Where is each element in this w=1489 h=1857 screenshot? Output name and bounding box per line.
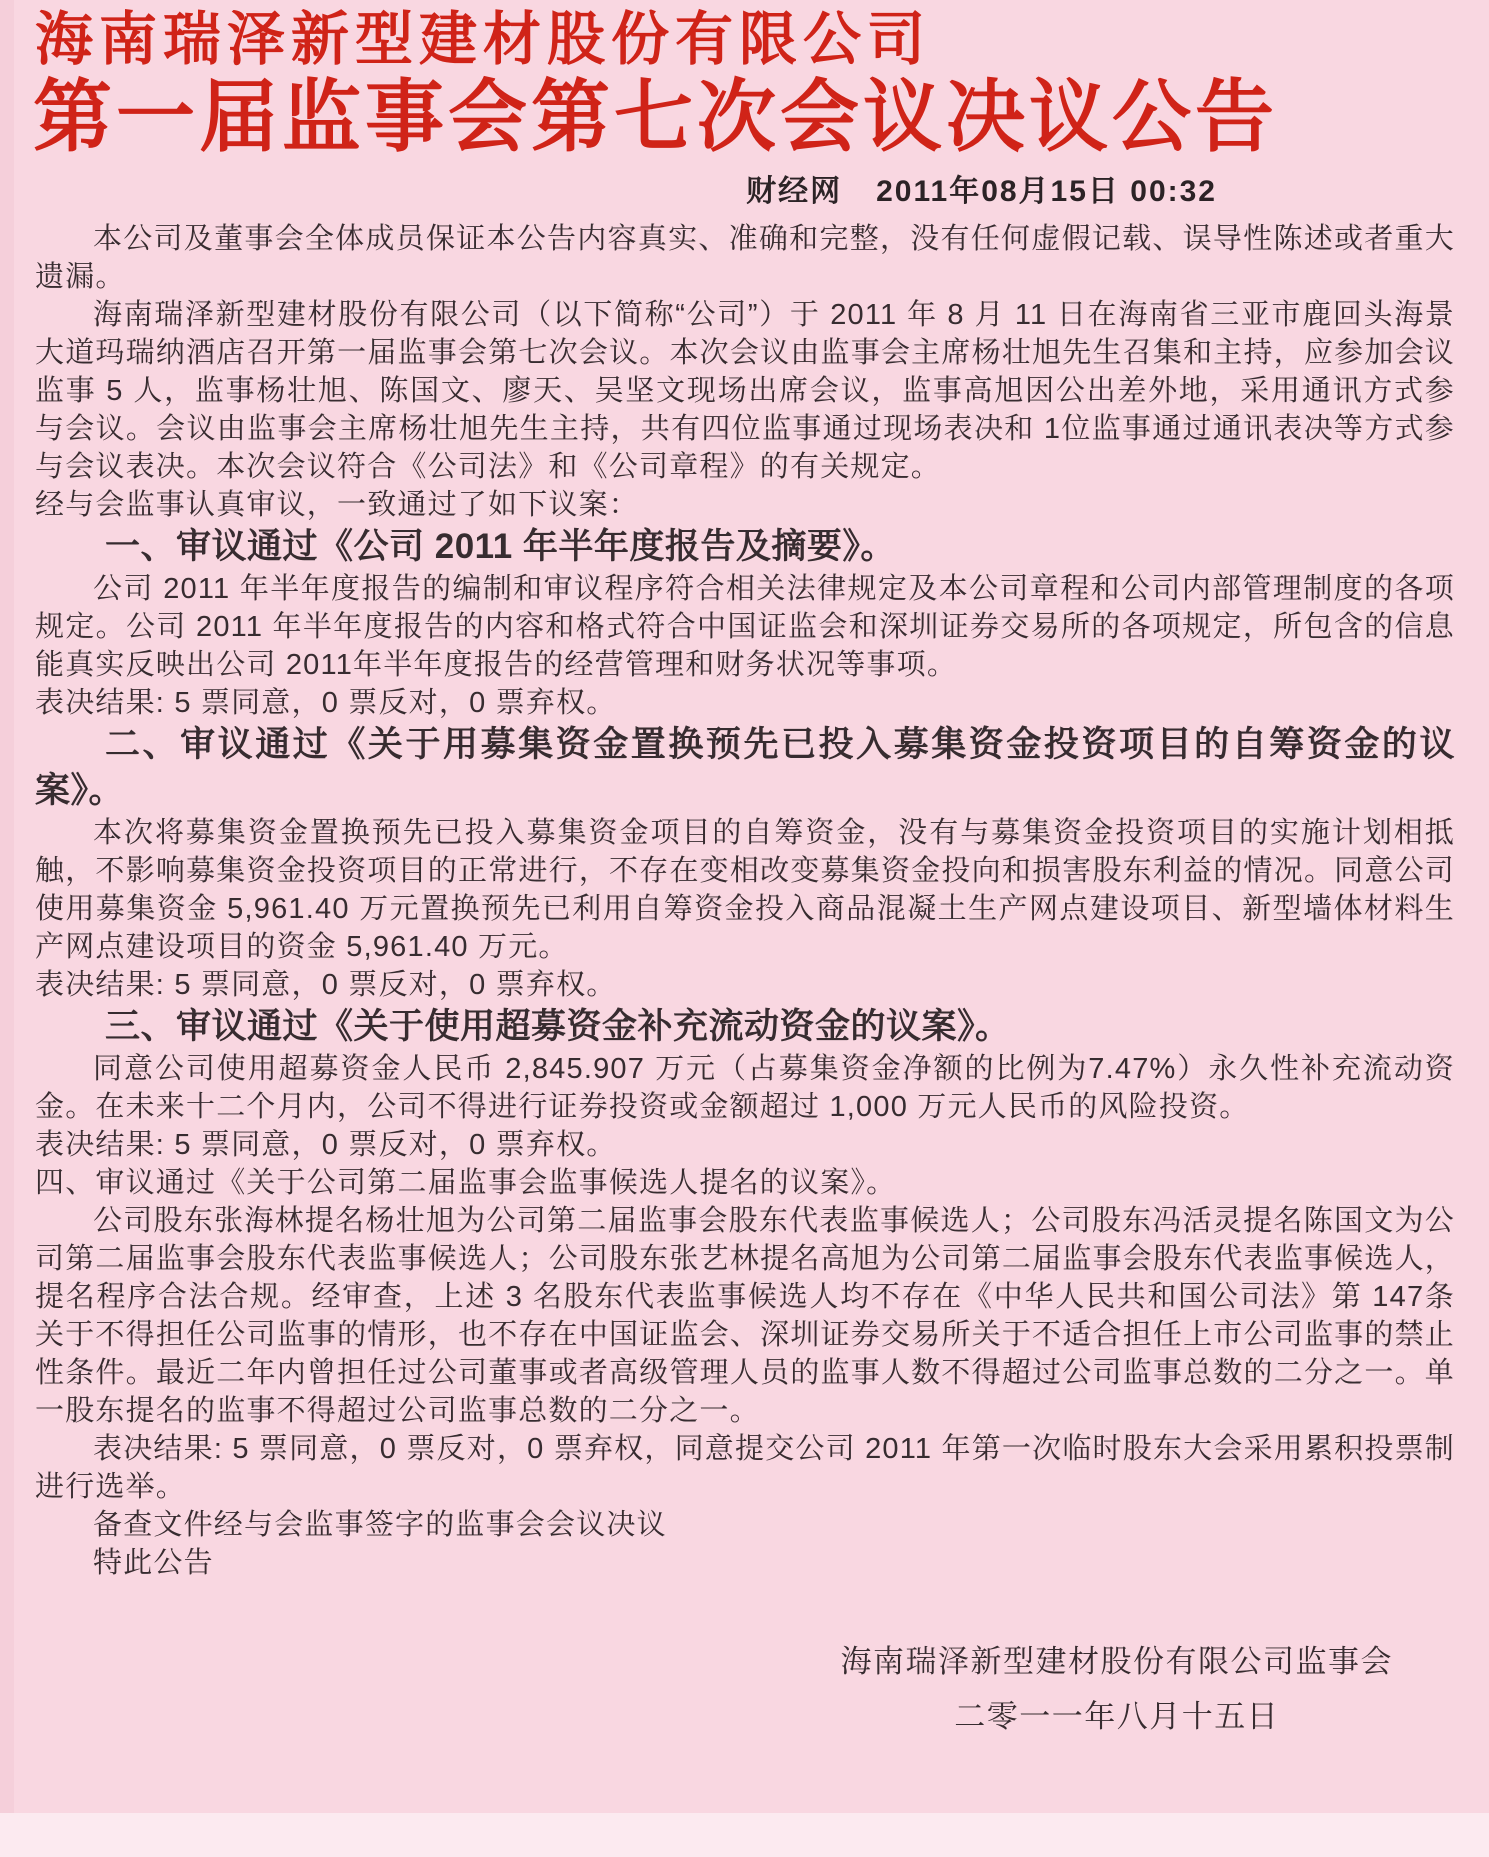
closing-line: 特此公告 [35, 1544, 1455, 1582]
signature-block: 海南瑞泽新型建材股份有限公司监事会 二零一一年八月十五日 [841, 1634, 1394, 1744]
announcement-title: 第一届监事会第七次会议决议公告 [33, 75, 1489, 163]
item-1-heading: 一、审议通过《公司 2011 年半年度报告及摘要》。 [35, 524, 1455, 570]
item-4-body: 公司股东张海林提名杨壮旭为公司第二届监事会股东代表监事候选人；公司股东冯活灵提名… [35, 1202, 1455, 1430]
publish-datetime: 2011年08月15日 00:32 [876, 175, 1217, 208]
declaration-paragraph: 本公司及董事会全体成员保证本公告内容真实、准确和完整，没有任何虚假记载、误导性陈… [35, 220, 1455, 296]
item-1-body: 公司 2011 年半年度报告的编制和审议程序符合相关法律规定及本公司章程和公司内… [35, 570, 1455, 684]
source-name: 财经网 [746, 175, 842, 208]
item-3-body: 同意公司使用超募资金人民币 2,845.907 万元（占募集资金净额的比例为7.… [35, 1050, 1455, 1126]
item-4-heading: 四、审议通过《关于公司第二届监事会监事候选人提名的议案》。 [35, 1164, 1455, 1202]
signature-company: 海南瑞泽新型建材股份有限公司监事会 [841, 1634, 1394, 1689]
item-2-body: 本次将募集资金置换预先已投入募集资金项目的自筹资金，没有与募集资金投资项目的实施… [35, 814, 1455, 966]
reference-documents-line: 备查文件经与会监事签字的监事会会议决议 [35, 1506, 1455, 1544]
announcement-page: 海南瑞泽新型建材股份有限公司 第一届监事会第七次会议决议公告 财经网2011年0… [0, 0, 1489, 1857]
company-title: 海南瑞泽新型建材股份有限公司 [35, 10, 1489, 69]
item-3-heading: 三、审议通过《关于使用超募资金补充流动资金的议案》。 [35, 1004, 1455, 1050]
item-2-heading: 二、审议通过《关于用募集资金置换预先已投入募集资金投资项目的自筹资金的议案》。 [35, 722, 1455, 814]
resolutions-lead-in: 经与会监事认真审议，一致通过了如下议案： [35, 486, 1455, 524]
dateline: 财经网2011年08月15日 00:32 [0, 166, 1489, 210]
item-2-vote-result: 表决结果: 5 票同意，0 票反对，0 票弃权。 [35, 966, 1455, 1004]
scan-edge-left [0, 0, 14, 1857]
meeting-intro-paragraph: 海南瑞泽新型建材股份有限公司（以下简称“公司”）于 2011 年 8 月 11 … [35, 296, 1455, 486]
item-4-vote-result: 表决结果: 5 票同意，0 票反对，0 票弃权，同意提交公司 2011 年第一次… [35, 1430, 1455, 1506]
signature-date: 二零一一年八月十五日 [841, 1689, 1394, 1744]
item-3-vote-result: 表决结果: 5 票同意，0 票反对，0 票弃权。 [35, 1126, 1455, 1164]
item-1-vote-result: 表决结果: 5 票同意，0 票反对，0 票弃权。 [35, 684, 1455, 722]
scan-edge-bottom [0, 1813, 1489, 1857]
announcement-body: 本公司及董事会全体成员保证本公告内容真实、准确和完整，没有任何虚假记载、误导性陈… [0, 210, 1489, 1582]
